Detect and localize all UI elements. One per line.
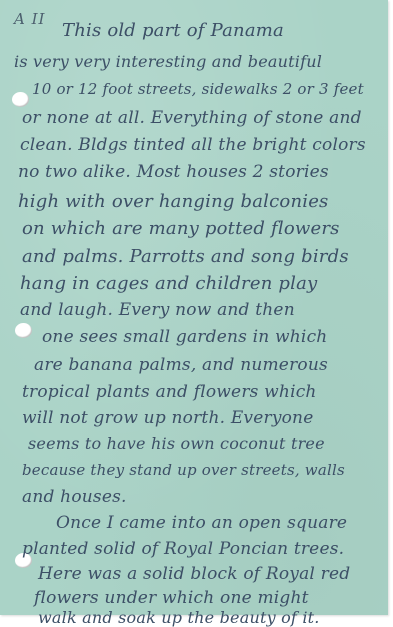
text-line: flowers under which one might <box>34 588 309 608</box>
text-line: no two alike. Most houses 2 stories <box>18 162 329 182</box>
text-line: because they stand up over streets, wall… <box>22 461 345 479</box>
text-line: and palms. Parrotts and song birds <box>22 246 349 267</box>
text-line: will not grow up north. Everyone <box>22 408 313 428</box>
text-line: Here was a solid block of Royal red <box>38 564 350 584</box>
text-line: clean. Bldgs tinted all the bright color… <box>20 135 366 155</box>
text-line: seems to have his own coconut tree <box>28 434 325 453</box>
text-line: planted solid of Royal Poncian trees. <box>22 539 344 559</box>
text-line: or none at all. Everything of stone and <box>22 108 362 128</box>
text-line: hang in cages and children play <box>20 273 317 294</box>
text-line: and laugh. Every now and then <box>20 300 295 320</box>
text-line: on which are many potted flowers <box>22 218 340 239</box>
text-line: are banana palms, and numerous <box>34 355 328 375</box>
text-line: This old part of Panama <box>62 20 284 41</box>
handwritten-text: This old part of Panama is very very int… <box>0 0 393 625</box>
text-line: Once I came into an open square <box>56 513 347 533</box>
text-line: walk and soak up the beauty of it. <box>38 608 320 625</box>
text-line: tropical plants and flowers which <box>22 382 317 402</box>
text-line: and houses. <box>22 487 127 507</box>
text-line: is very very interesting and beautiful <box>14 52 322 71</box>
text-line: 10 or 12 foot streets, sidewalks 2 or 3 … <box>32 80 364 98</box>
text-line: one sees small gardens in which <box>42 327 327 347</box>
text-line: high with over hanging balconies <box>18 191 328 212</box>
